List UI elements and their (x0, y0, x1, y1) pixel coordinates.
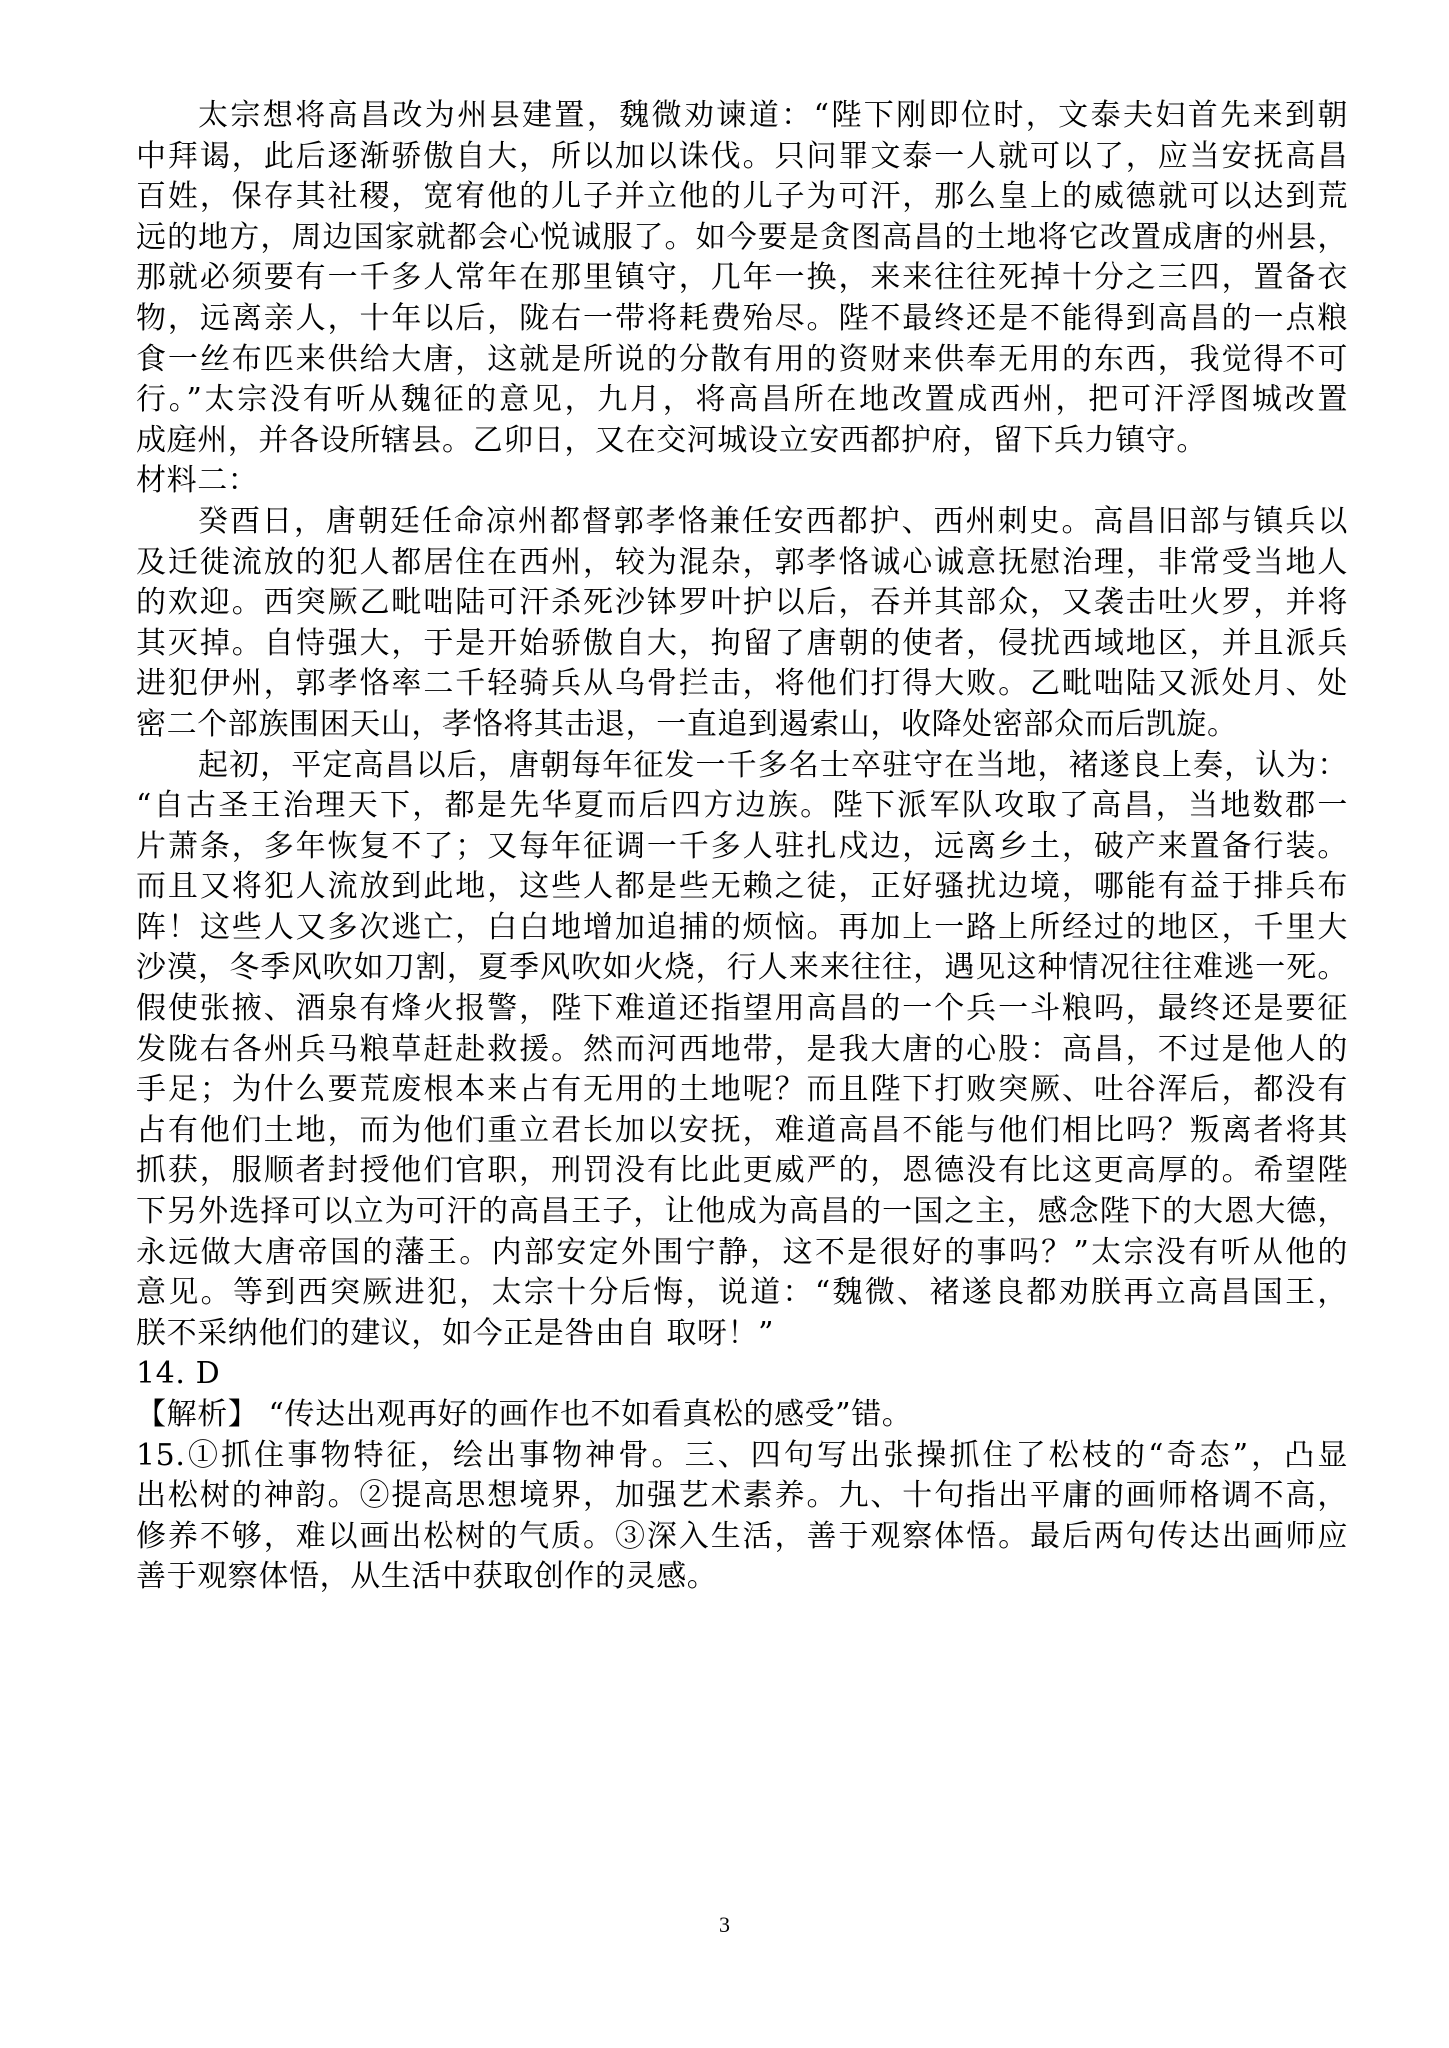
text-line: “自古圣王治理天下，都是先华夏而后四方边族。陛下派军队攻取了高昌，当地数郡一 (136, 786, 1348, 827)
text-line: 下另外选择可以立为可汗的高昌王子，让他成为高昌的一国之主，感念陛下的大恩大德， (136, 1192, 1348, 1233)
paragraph-material-2-part-2: 起初，平定高昌以后，唐朝每年征发一千多名士卒驻守在当地，褚遂良上奏，认为： “自… (136, 746, 1348, 1355)
text-line: 朕不采纳他们的建议，如今正是咎由自 取呀！” (136, 1314, 1348, 1355)
text-line: 发陇右各州兵马粮草赶赴救援。然而河西地带，是我大唐的心股：高昌，不过是他人的 (136, 1030, 1348, 1071)
answer-14: 14. D (136, 1354, 1348, 1395)
page-number: 3 (0, 1912, 1449, 1938)
text-line: 及迁徙流放的犯人都居住在西州，较为混杂，郭孝恪诚心诚意抚慰治理，非常受当地人 (136, 543, 1348, 584)
text-line: 百姓，保存其社稷，宽宥他的儿子并立他的儿子为可汗，那么皇上的威德就可以达到荒 (136, 177, 1348, 218)
text-line: 其灭掉。自恃强大，于是开始骄傲自大，拘留了唐朝的使者，侵扰西域地区，并且派兵 (136, 624, 1348, 665)
text-line: 15.①抓住事物特征，绘出事物神骨。三、四句写出张操抓住了松枝的“奇态”，凸显 (136, 1436, 1348, 1477)
text-line: 假使张掖、酒泉有烽火报警，陛下难道还指望用高昌的一个兵一斗粮吗，最终还是要征 (136, 989, 1348, 1030)
text-line: 意见。等到西突厥进犯，太宗十分后悔，说道：“魏微、褚遂良都劝朕再立高昌国王， (136, 1273, 1348, 1314)
text-line: 的欢迎。西突厥乙毗咄陆可汗杀死沙钵罗叶护以后，吞并其部众，又袭击吐火罗，并将 (136, 583, 1348, 624)
answer-15: 15.①抓住事物特征，绘出事物神骨。三、四句写出张操抓住了松枝的“奇态”，凸显 … (136, 1436, 1348, 1598)
text-line: 物，远离亲人，十年以后，陇右一带将耗费殆尽。陛不最终还是不能得到高昌的一点粮 (136, 299, 1348, 340)
text-line: 成庭州，并各设所辖县。乙卯日，又在交河城设立安西都护府，留下兵力镇守。 (136, 421, 1348, 462)
text-line: 片萧条，多年恢复不了；又每年征调一千多人驻扎戍边，远离乡土，破产来置备行装。 (136, 827, 1348, 868)
text-line: 那就必须要有一千多人常年在那里镇守，几年一换，来来往往死掉十分之三四，置备衣 (136, 258, 1348, 299)
paragraph-material-2-part-1: 癸酉日，唐朝廷任命凉州都督郭孝恪兼任安西都护、西州刺史。高昌旧部与镇兵以 及迁徙… (136, 502, 1348, 746)
text-line: 阵！这些人又多次逃亡，白白地增加追捕的烦恼。再加上一路上所经过的地区，千里大 (136, 908, 1348, 949)
text-line: 手足；为什么要荒废根本来占有无用的土地呢？而且陛下打败突厥、吐谷浑后，都没有 (136, 1070, 1348, 1111)
text-line: 修养不够，难以画出松树的气质。③深入生活，善于观察体悟。最后两句传达出画师应 (136, 1517, 1348, 1558)
section-heading-material-2: 材料二： (136, 461, 1348, 502)
text-line: 起初，平定高昌以后，唐朝每年征发一千多名士卒驻守在当地，褚遂良上奏，认为： (136, 746, 1348, 787)
text-line: 远的地方，周边国家就都会心悦诚服了。如今要是贪图高昌的土地将它改置成唐的州县， (136, 218, 1348, 259)
text-line: 而且又将犯人流放到此地，这些人都是些无赖之徒，正好骚扰边境，哪能有益于排兵布 (136, 867, 1348, 908)
text-line: 善于观察体悟，从生活中获取创作的灵感。 (136, 1557, 1348, 1598)
text-line: 密二个部族围困天山，孝恪将其击退，一直追到遏索山，收降处密部众而后凯旋。 (136, 705, 1348, 746)
text-line: 沙漠，冬季风吹如刀割，夏季风吹如火烧，行人来来往往，遇见这种情况往往难逃一死。 (136, 948, 1348, 989)
text-line: 占有他们土地，而为他们重立君长加以安抚，难道高昌不能与他们相比吗？叛离者将其 (136, 1111, 1348, 1152)
text-line: 中拜谒，此后逐渐骄傲自大，所以加以诛伐。只问罪文泰一人就可以了，应当安抚高昌 (136, 137, 1348, 178)
paragraph-material-1-continued: 太宗想将高昌改为州县建置，魏微劝谏道：“陛下刚即位时，文泰夫妇首先来到朝 中拜谒… (136, 96, 1348, 461)
text-line: 抓获，服顺者封授他们官职，刑罚没有比此更威严的，恩德没有比这更高厚的。希望陛 (136, 1151, 1348, 1192)
text-line: 癸酉日，唐朝廷任命凉州都督郭孝恪兼任安西都护、西州刺史。高昌旧部与镇兵以 (136, 502, 1348, 543)
analysis-14: 【解析】 “传达出观再好的画作也不如看真松的感受”错。 (136, 1395, 1348, 1436)
text-line: 太宗想将高昌改为州县建置，魏微劝谏道：“陛下刚即位时，文泰夫妇首先来到朝 (136, 96, 1348, 137)
text-line: 行。”太宗没有听从魏征的意见，九月，将高昌所在地改置成西州，把可汗浮图城改置 (136, 380, 1348, 421)
document-page: 太宗想将高昌改为州县建置，魏微劝谏道：“陛下刚即位时，文泰夫妇首先来到朝 中拜谒… (136, 96, 1348, 1598)
text-line: 永远做大唐帝国的藩王。内部安定外围宁静，这不是很好的事吗？”太宗没有听从他的 (136, 1233, 1348, 1274)
text-line: 进犯伊州，郭孝恪率二千轻骑兵从乌骨拦击，将他们打得大败。乙毗咄陆又派处月、处 (136, 664, 1348, 705)
text-line: 出松树的神韵。②提高思想境界，加强艺术素养。九、十句指出平庸的画师格调不高， (136, 1476, 1348, 1517)
text-line: 食一丝布匹来供给大唐，这就是所说的分散有用的资财来供奉无用的东西，我觉得不可 (136, 340, 1348, 381)
